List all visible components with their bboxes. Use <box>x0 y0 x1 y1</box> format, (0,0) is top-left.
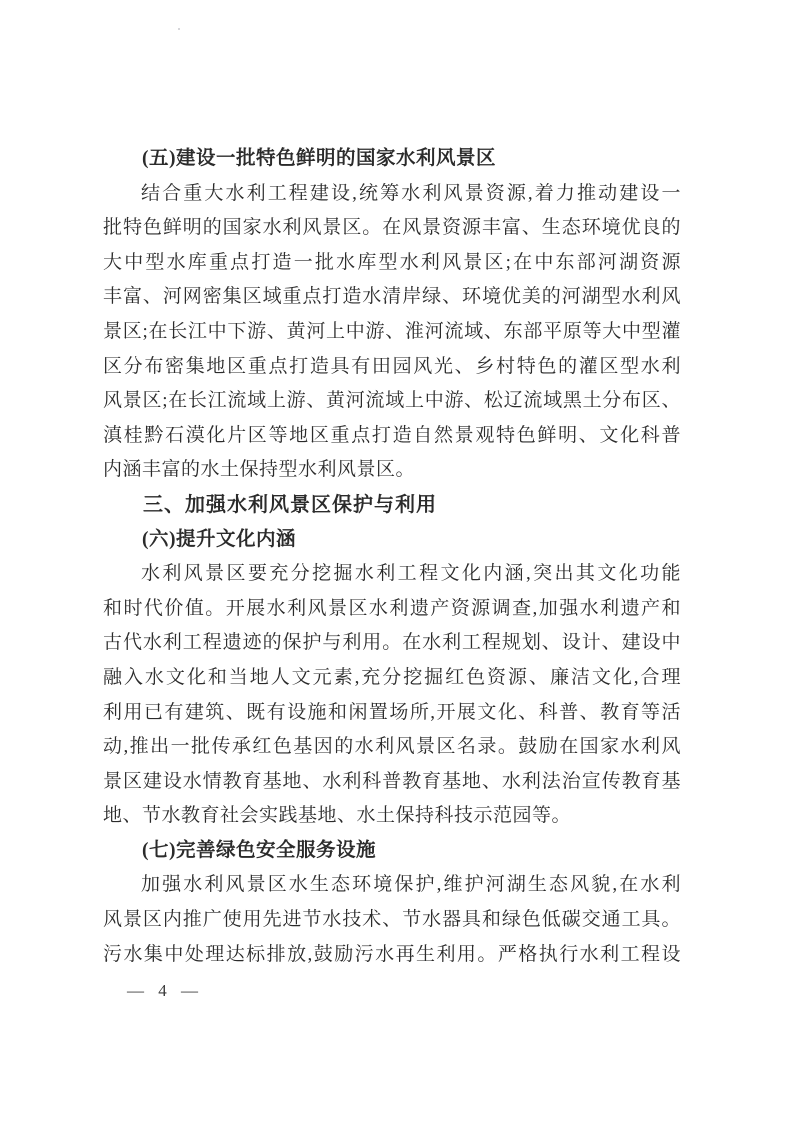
scanned-document-page: (五)建设一批特色鲜明的国家水利风景区 结合重大水利工程建设,统筹水利风景资源,… <box>0 0 793 1122</box>
paragraph-line: 加强水利风景区水生态环境保护,维护河湖生态风貌,在水利 <box>103 868 681 903</box>
paragraph-line: 动,推出一批传承红色基因的水利风景区名录。鼓励在国家水利风 <box>103 730 681 765</box>
paragraph-line: 丰富、河网密集区域重点打造水清岸绿、环境优美的河湖型水利风 <box>103 280 681 315</box>
section-heading-6: (六)提升文化内涵 <box>103 523 681 558</box>
paragraph-line: 内涵丰富的水土保持型水利风景区。 <box>103 453 681 488</box>
paragraph-line: 结合重大水利工程建设,统筹水利风景资源,着力推动建设一 <box>103 177 681 212</box>
paragraph-line: 滇桂黔石漠化片区等地区重点打造自然景观特色鲜明、文化科普 <box>103 419 681 454</box>
paragraph-line: 景区;在长江中下游、黄河上中游、淮河流域、东部平原等大中型灌 <box>103 315 681 350</box>
scan-artifact-dot <box>178 28 180 30</box>
section-heading-7: (七)完善绿色安全服务设施 <box>103 834 681 869</box>
chapter-heading-3: 三、加强水利风景区保护与利用 <box>103 488 681 523</box>
page-number: — 4 — <box>127 981 203 1001</box>
paragraph-line: 景区建设水情教育基地、水利科普教育基地、水利法治宣传教育基 <box>103 765 681 800</box>
paragraph-line: 风景区内推广使用先进节水技术、节水器具和绿色低碳交通工具。 <box>103 903 681 938</box>
paragraph-line: 利用已有建筑、既有设施和闲置场所,开展文化、科普、教育等活 <box>103 696 681 731</box>
paragraph-line: 大中型水库重点打造一批水库型水利风景区;在中东部河湖资源 <box>103 246 681 281</box>
paragraph-line: 古代水利工程遗迹的保护与利用。在水利工程规划、设计、建设中 <box>103 626 681 661</box>
paragraph-line: 批特色鲜明的国家水利风景区。在风景资源丰富、生态环境优良的 <box>103 211 681 246</box>
section-heading-5: (五)建设一批特色鲜明的国家水利风景区 <box>103 142 681 177</box>
paragraph-line: 地、节水教育社会实践基地、水土保持科技示范园等。 <box>103 799 681 834</box>
paragraph-line: 风景区;在长江流域上游、黄河流域上中游、松辽流域黑土分布区、 <box>103 384 681 419</box>
paragraph-line: 融入水文化和当地人文元素,充分挖掘红色资源、廉洁文化,合理 <box>103 661 681 696</box>
paragraph-line: 水利风景区要充分挖掘水利工程文化内涵,突出其文化功能 <box>103 557 681 592</box>
paragraph-line: 和时代价值。开展水利风景区水利遗产资源调查,加强水利遗产和 <box>103 592 681 627</box>
paragraph-line: 区分布密集地区重点打造具有田园风光、乡村特色的灌区型水利 <box>103 350 681 385</box>
paragraph-line: 污水集中处理达标排放,鼓励污水再生利用。严格执行水利工程设 <box>103 938 681 973</box>
document-body: (五)建设一批特色鲜明的国家水利风景区 结合重大水利工程建设,统筹水利风景资源,… <box>103 142 681 972</box>
